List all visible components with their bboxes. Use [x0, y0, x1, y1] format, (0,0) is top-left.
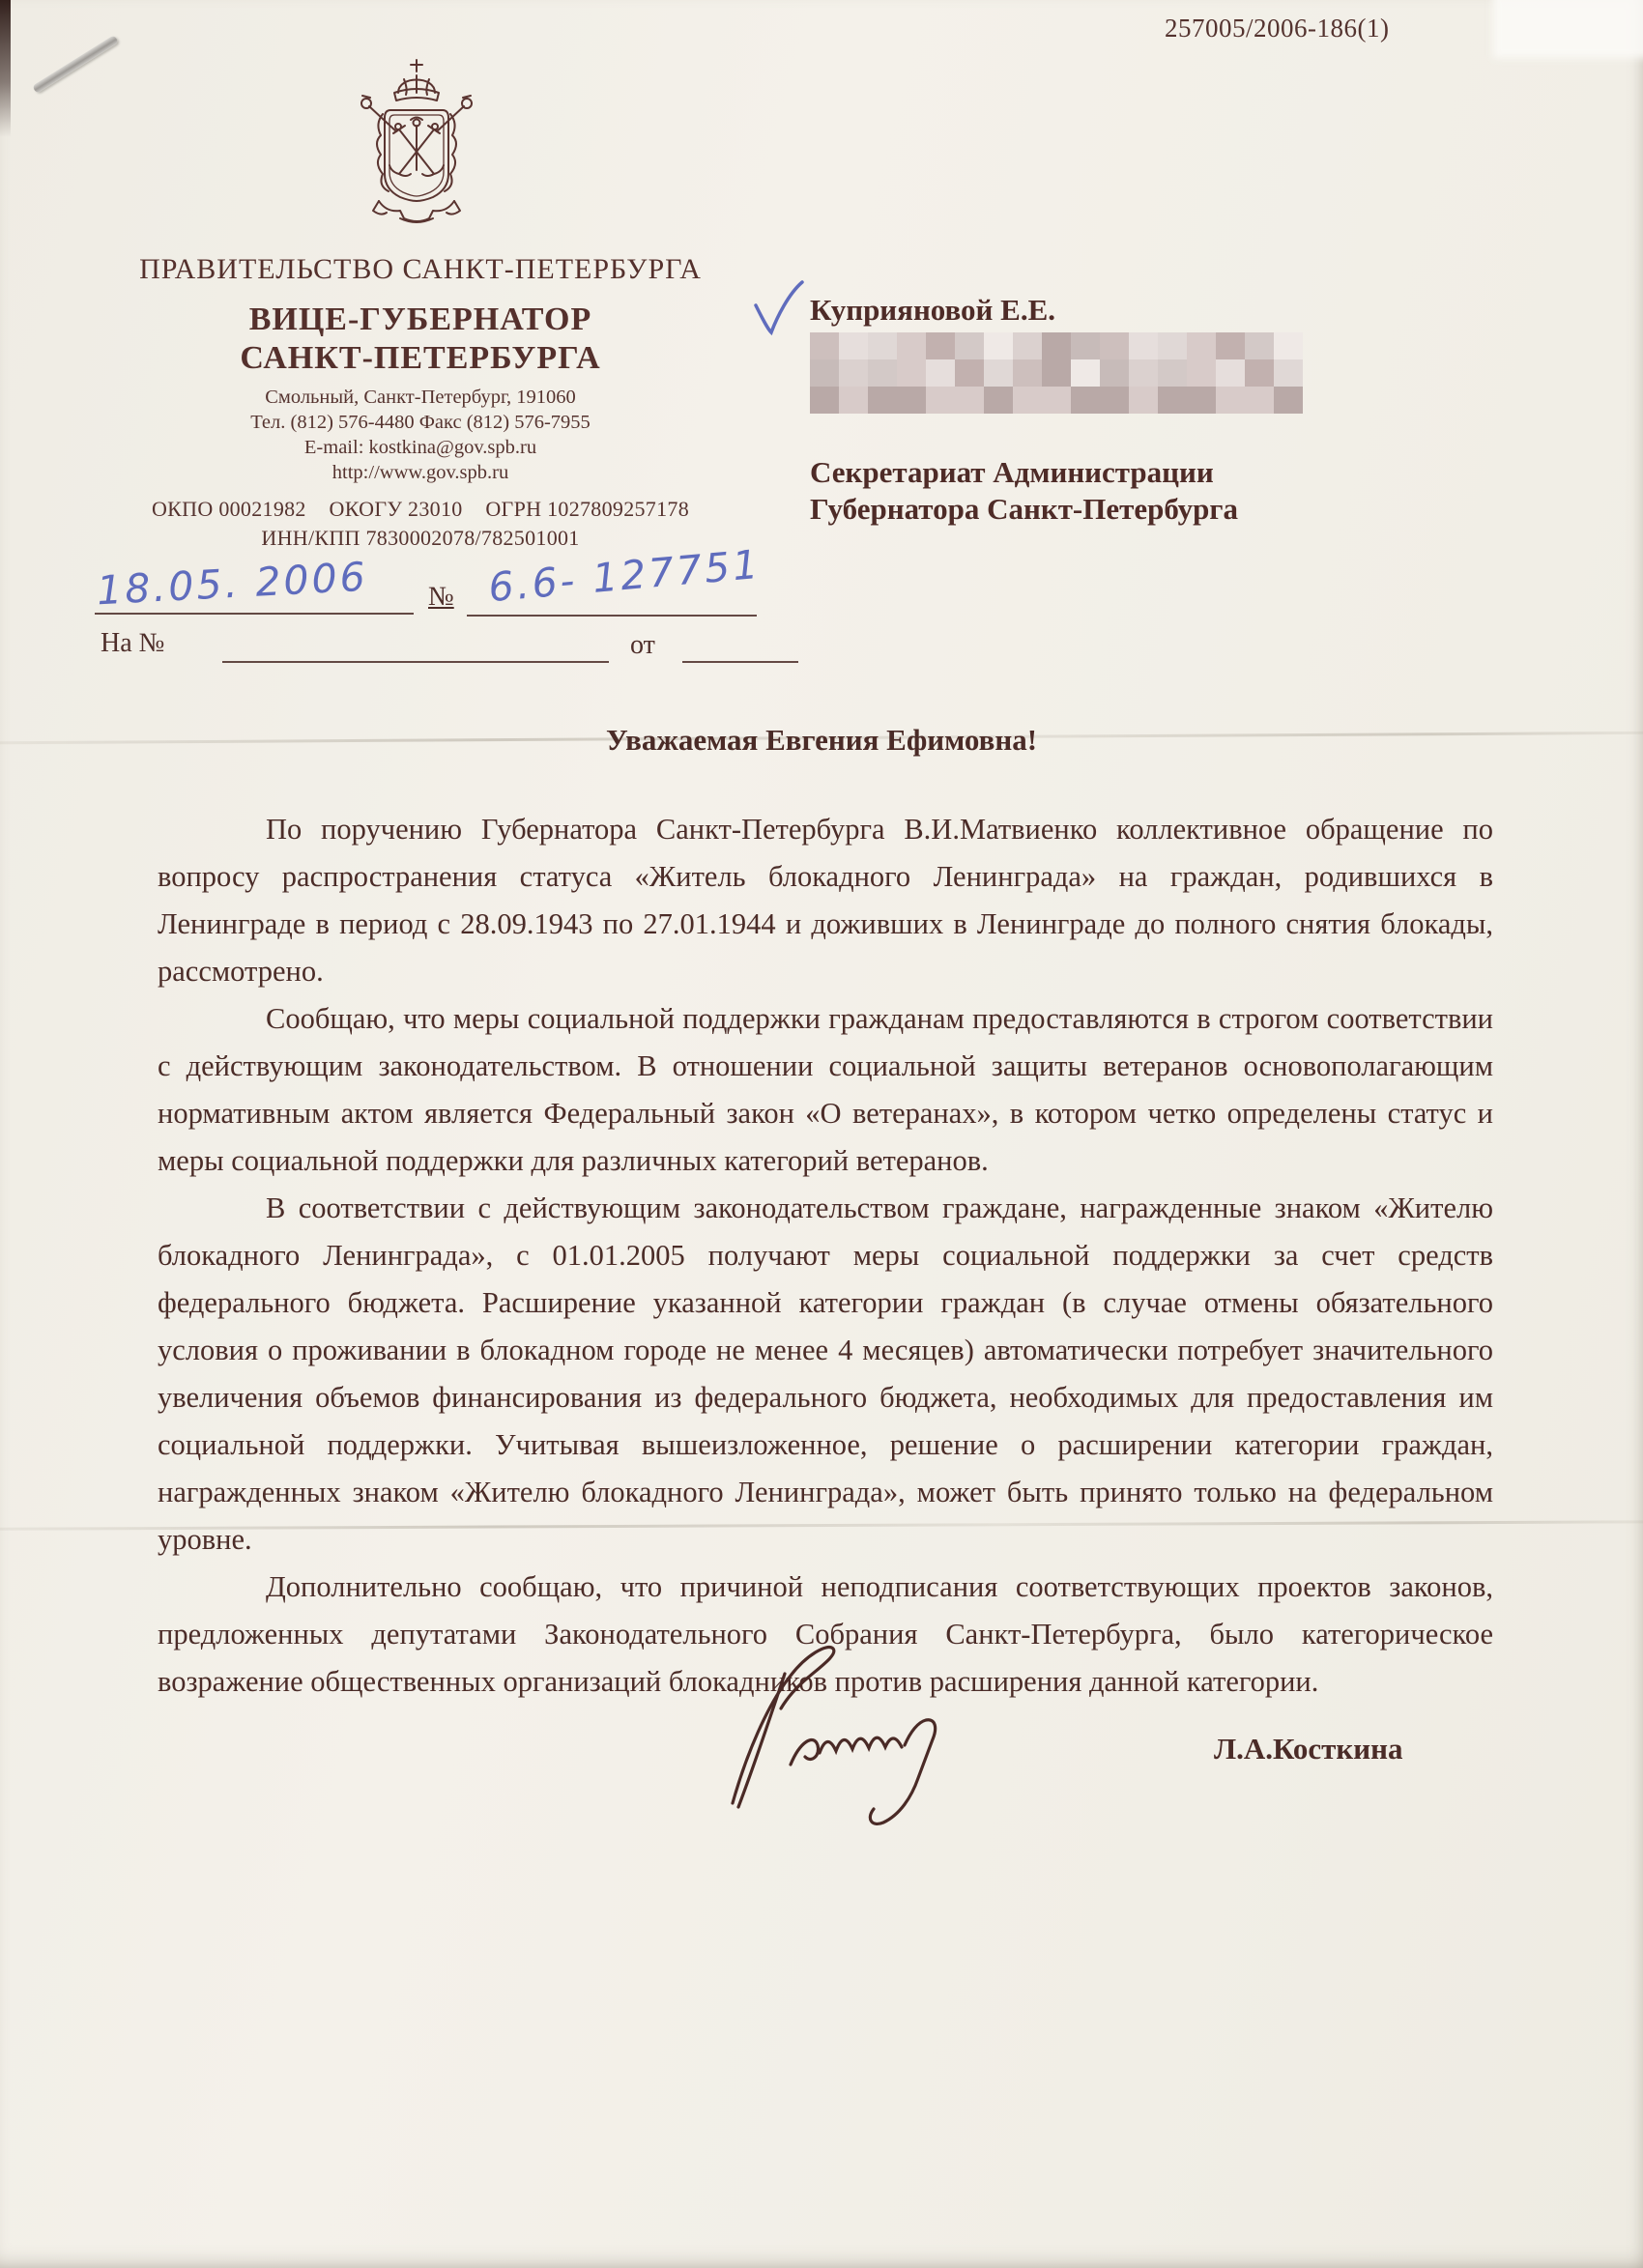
case-reference-number: 257005/2006-186(1) — [1165, 14, 1389, 43]
body-paragraph-2: Сообщаю, что меры социальной поддержки г… — [158, 995, 1493, 1185]
redacted-address-block — [810, 332, 1303, 414]
letterhead-inn-kpp: ИНН/КПП 7830002078/782501001 — [85, 526, 756, 551]
recipient-org-line2: Губернатора Санкт-Петербурга — [810, 491, 1238, 527]
handwritten-checkmark-icon — [752, 278, 806, 338]
scanned-letter-page: 257005/2006-186(1) — [0, 0, 1643, 2268]
number-sign: № — [428, 582, 454, 613]
scan-edge-shadow — [0, 0, 11, 137]
handwritten-outgoing-number: 6.6- 127751 — [486, 541, 763, 611]
okogu-code: ОКОГУ 23010 — [321, 497, 472, 521]
letterhead-phone-fax: Тел. (812) 576-4480 Факс (812) 576-7955 — [85, 410, 756, 435]
from-date-underline — [682, 661, 798, 663]
office-title-line2: САНКТ-ПЕТЕРБУРГА — [85, 340, 756, 377]
body-paragraph-1: По поручению Губернатора Санкт-Петербург… — [158, 806, 1493, 995]
letterhead-website: http://www.gov.spb.ru — [85, 460, 756, 485]
staple-icon — [32, 35, 119, 94]
recipient-name: Куприяновой Е.Е. — [810, 292, 1055, 328]
body-paragraph-3: В соответствии с действующим законодател… — [158, 1185, 1493, 1564]
date-underline — [95, 613, 414, 615]
letterhead-codes-line1: ОКПО 00021982 ОКОГУ 23010 ОГРН 102780925… — [85, 497, 756, 522]
from-date-label: от — [630, 630, 655, 661]
signer-name: Л.А.Косткина — [1214, 1732, 1403, 1766]
ogrn-code: ОГРН 1027809257178 — [476, 497, 698, 521]
government-title: ПРАВИТЕЛЬСТВО САНКТ-ПЕТЕРБУРГА — [139, 253, 702, 285]
okpo-code: ОКПО 00021982 — [143, 497, 315, 521]
letterhead-email: E-mail: kostkina@gov.spb.ru — [85, 435, 756, 460]
letter-body: По поручению Губернатора Санкт-Петербург… — [158, 806, 1493, 1706]
spb-coat-of-arms-icon — [350, 54, 483, 234]
handwritten-date: 18.05. 2006 — [96, 554, 369, 615]
recipient-org-line1: Секретариат Администрации — [810, 454, 1214, 490]
reply-to-label: На № — [101, 628, 164, 659]
salutation: Уважаемая Евгения Ефимовна! — [155, 723, 1488, 758]
number-underline — [467, 615, 757, 617]
scanner-background — [1493, 0, 1643, 58]
handwritten-signature — [677, 1641, 1082, 1834]
letterhead-government-line: ПРАВИТЕЛЬСТВО САНКТ-ПЕТЕРБУРГА — [85, 253, 756, 286]
office-title-line1: ВИЦЕ-ГУБЕРНАТОР — [85, 301, 756, 338]
reply-number-underline — [222, 661, 609, 663]
letterhead-address: Смольный, Санкт-Петербург, 191060 — [85, 385, 756, 410]
